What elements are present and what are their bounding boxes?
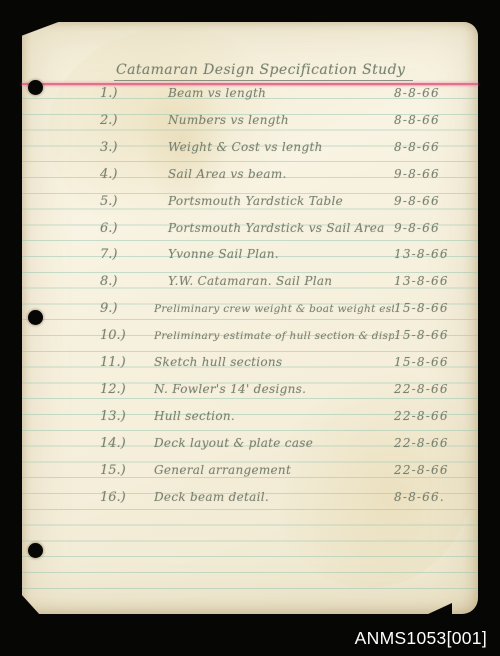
list-item: 8.)Y.W. Catamaran. Sail Plan13-8-66 (100, 274, 470, 294)
list-item: 16.)Deck beam detail.8-8-66. (100, 490, 470, 510)
list-item: 6.)Portsmouth Yardstick vs Sail Area9-8-… (100, 221, 470, 241)
item-date: 22-8-66 (394, 463, 470, 477)
item-date: 9-8-66 (394, 194, 470, 208)
item-text: Sketch hull sections (154, 355, 394, 369)
catalog-number: ANMS1053[001] (355, 628, 487, 649)
item-date: 9-8-66 (394, 167, 470, 181)
item-text: Hull section. (154, 409, 394, 423)
item-text: Portsmouth Yardstick Table (154, 194, 394, 208)
paper-sheet: Catamaran Design Specification Study 1.)… (22, 22, 478, 614)
item-date: 15-8-66 (394, 355, 470, 369)
item-date: 9-8-66 (394, 221, 470, 235)
item-text: Portsmouth Yardstick vs Sail Area (154, 221, 394, 235)
list-item: 1.)Beam vs length8-8-66 (100, 86, 470, 106)
item-number: 15.) (100, 463, 154, 478)
item-number: 2.) (100, 113, 154, 128)
item-date: 15-8-66 (394, 328, 470, 342)
item-text: Beam vs length (154, 86, 394, 100)
list-item: 9.)Preliminary crew weight & boat weight… (100, 301, 470, 321)
item-date: 22-8-66 (394, 382, 470, 396)
item-date: 22-8-66 (394, 409, 470, 423)
item-text: N. Fowler's 14' designs. (154, 382, 394, 396)
item-number: 14.) (100, 436, 154, 451)
item-number: 16.) (100, 490, 154, 505)
item-number: 6.) (100, 221, 154, 236)
item-text: Preliminary crew weight & boat weight es… (154, 303, 394, 315)
item-date: 8-8-66 (394, 140, 470, 154)
item-text: Yvonne Sail Plan. (154, 247, 394, 261)
item-number: 12.) (100, 382, 154, 397)
item-date: 22-8-66 (394, 436, 470, 450)
item-number: 8.) (100, 274, 154, 289)
item-text: General arrangement (154, 463, 394, 477)
list-item: 2.)Numbers vs length8-8-66 (100, 113, 470, 133)
item-number: 10.) (100, 328, 154, 343)
item-number: 5.) (100, 194, 154, 209)
list-item: 10.)Preliminary estimate of hull section… (100, 328, 470, 348)
item-number: 4.) (100, 167, 154, 182)
item-date: 8-8-66. (394, 490, 470, 504)
list-item: 5.)Portsmouth Yardstick Table9-8-66 (100, 194, 470, 214)
scanned-page: { "document": { "title": "Catamaran Desi… (0, 0, 500, 656)
item-date: 13-8-66 (394, 247, 470, 261)
item-date: 8-8-66 (394, 86, 470, 100)
item-date: 8-8-66 (394, 113, 470, 127)
item-date: 13-8-66 (394, 274, 470, 288)
item-number: 1.) (100, 86, 154, 101)
item-date: 15-8-66 (394, 301, 470, 315)
item-text: Weight & Cost vs length (154, 140, 394, 154)
item-text: Y.W. Catamaran. Sail Plan (154, 274, 394, 288)
item-list: 1.)Beam vs length8-8-662.)Numbers vs len… (22, 22, 478, 614)
list-item: 15.)General arrangement22-8-66 (100, 463, 470, 483)
list-item: 4.)Sail Area vs beam.9-8-66 (100, 167, 470, 187)
item-number: 7.) (100, 247, 154, 262)
list-item: 14.)Deck layout & plate case22-8-66 (100, 436, 470, 456)
item-text: Numbers vs length (154, 113, 394, 127)
item-number: 11.) (100, 355, 154, 370)
list-item: 3.)Weight & Cost vs length8-8-66 (100, 140, 470, 160)
item-number: 9.) (100, 301, 154, 316)
list-item: 13.)Hull section.22-8-66 (100, 409, 470, 429)
list-item: 11.)Sketch hull sections15-8-66 (100, 355, 470, 375)
item-text: Deck beam detail. (154, 490, 394, 504)
item-text: Preliminary estimate of hull section & d… (154, 330, 394, 342)
list-item: 12.)N. Fowler's 14' designs.22-8-66 (100, 382, 470, 402)
item-number: 13.) (100, 409, 154, 424)
item-number: 3.) (100, 140, 154, 155)
item-text: Deck layout & plate case (154, 436, 394, 450)
item-text: Sail Area vs beam. (154, 167, 394, 181)
list-item: 7.)Yvonne Sail Plan.13-8-66 (100, 247, 470, 267)
